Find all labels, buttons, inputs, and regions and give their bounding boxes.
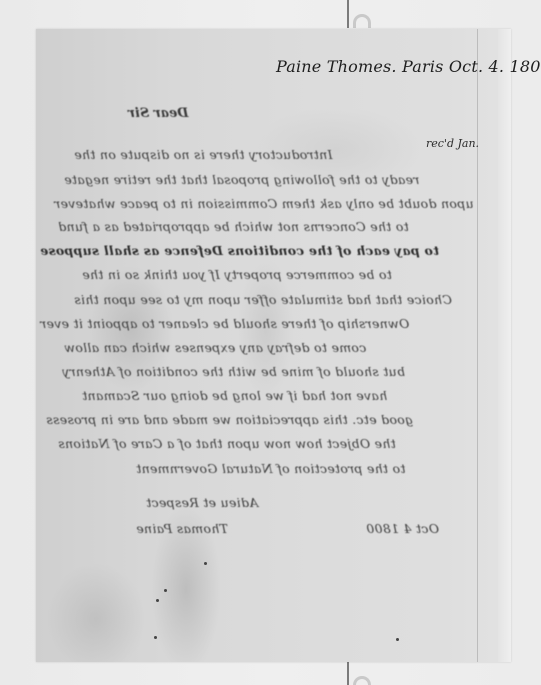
ink-speck (396, 638, 399, 641)
body-line: Introductory there is no dispute on the (74, 147, 332, 162)
body-line: the Object how now upon that of a Care o… (58, 436, 396, 451)
date-line: Oct 4 1800 (366, 521, 439, 536)
manuscript-page: Paine Thomes. Paris Oct. 4. 1800 rec'd J… (36, 29, 511, 662)
ink-speck (154, 636, 157, 639)
body-line: but should of mine be with the condition… (62, 364, 405, 379)
binder-rule-bottom (347, 662, 349, 685)
body-line: ready to the following proposal that the… (64, 172, 419, 187)
body-line: to be commerce property If you think so … (82, 267, 392, 282)
body-line: upon doubt be only ask them Commission i… (54, 196, 474, 211)
document-viewer: Paine Thomes. Paris Oct. 4. 1800 rec'd J… (0, 0, 541, 685)
ink-speck (164, 589, 167, 592)
letter-body-bleedthrough: Introductory there is no dispute on the … (36, 29, 511, 662)
body-line: to the protection of Natural Government (136, 461, 405, 476)
body-line: Ownership of there should be cleaner to … (40, 316, 409, 331)
body-line: to the Concerns not which be appropriate… (58, 219, 409, 234)
body-line: Choice that had stimulate offer upon my … (74, 292, 452, 307)
signature-line: Thomas Paine (136, 521, 228, 536)
binder-clip-bottom (353, 676, 371, 685)
body-line: to pay each of the conditions Defence as… (40, 243, 439, 258)
binder-rule-top (347, 0, 349, 28)
body-line: have not had if we long be doing our Sca… (82, 388, 387, 403)
body-line: come to defray any expenses which can al… (64, 340, 366, 355)
ink-speck (156, 599, 159, 602)
closing-line: Adieu et Respect (146, 495, 258, 510)
body-line: good etc. this appreciation we made and … (46, 412, 413, 427)
binder-clip-top (353, 14, 371, 28)
ink-speck (204, 562, 207, 565)
